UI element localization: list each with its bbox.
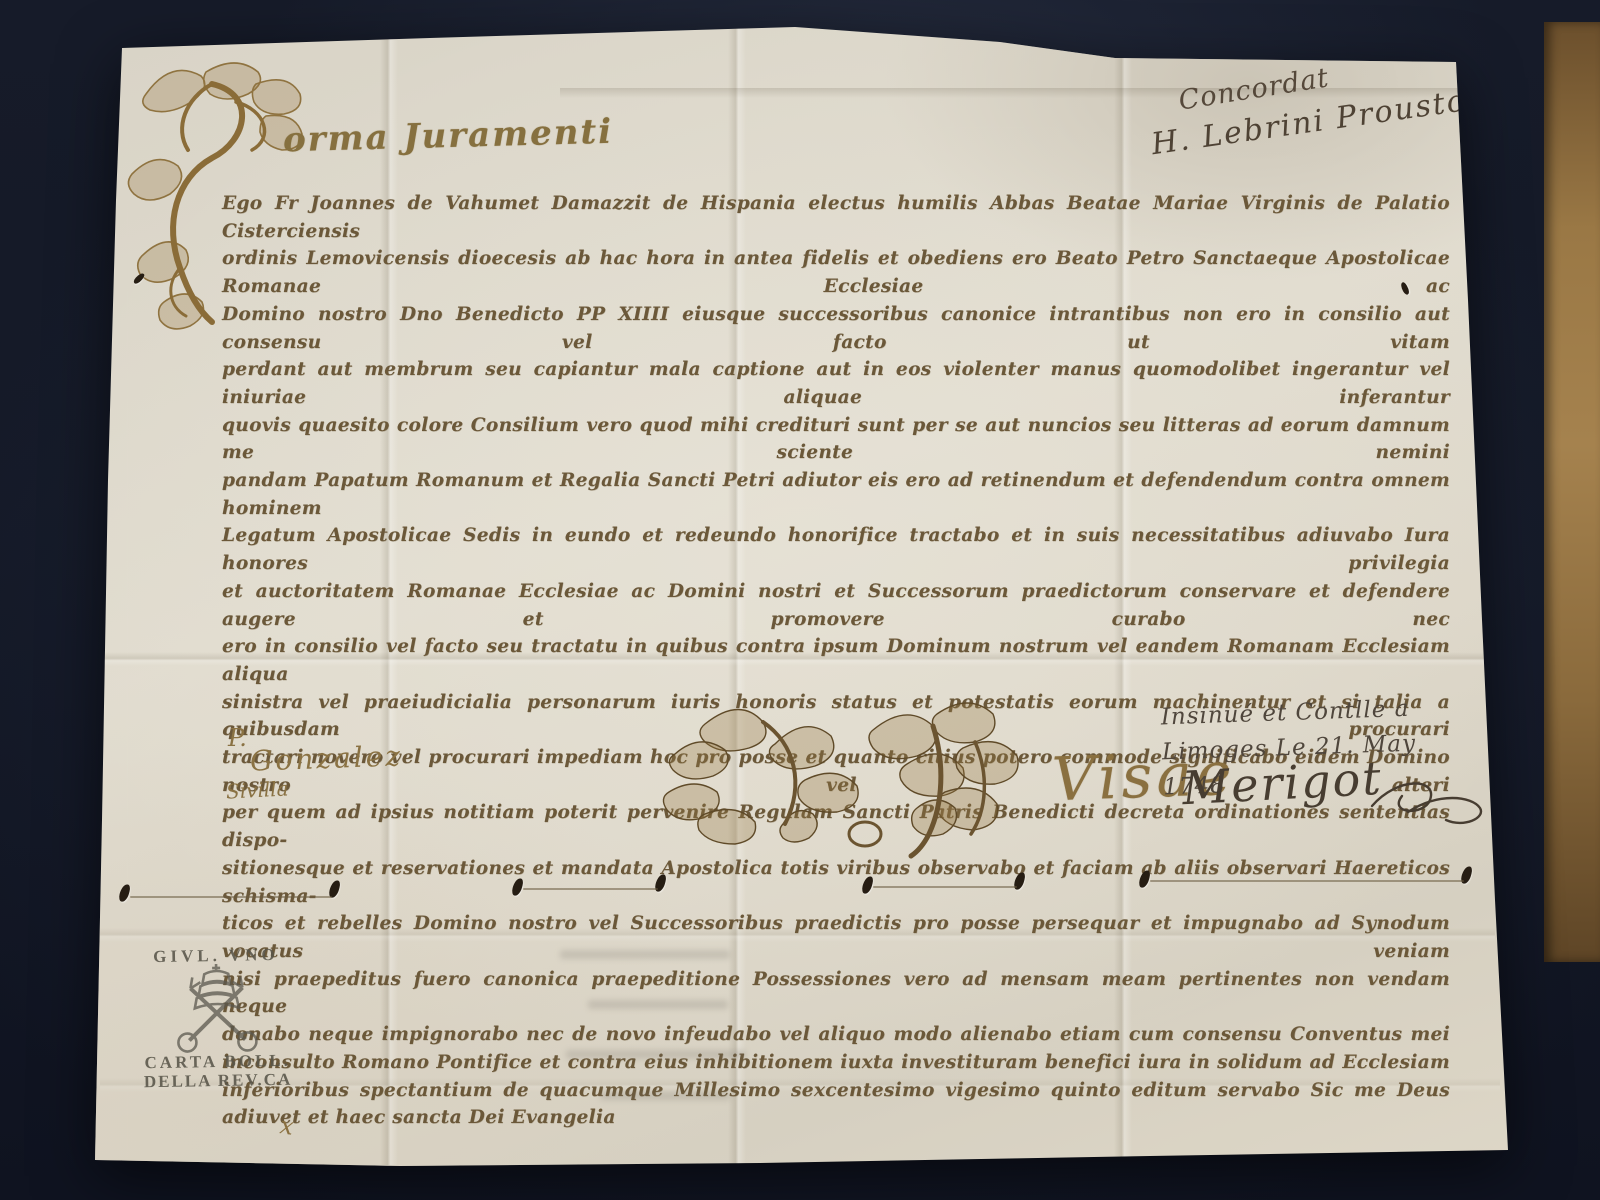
left-signature-name: Gonzalez: [249, 739, 403, 777]
body-text-line: pandam Papatum Romanum et Regalia Sancti…: [222, 467, 1450, 522]
seal-lace: [1150, 880, 1464, 882]
parchment-wrapper: orma Juramenti Concordat H. Lebrini Prou…: [0, 0, 1600, 1200]
body-text-line: et auctoritatem Romanae Ecclesiae ac Dom…: [222, 578, 1450, 633]
body-text-line: ordinis Lemovicensis dioecesis ab hac ho…: [222, 245, 1450, 300]
body-text-line: nisi praepeditus fuero canonica praepedi…: [222, 966, 1450, 1021]
body-text-line: Legatum Apostolicae Sedis in eundo et re…: [222, 522, 1450, 577]
heading-rest: orma Juramenti: [283, 112, 614, 161]
seal-slit: [118, 883, 131, 903]
signature-paraph-flourish: [1368, 768, 1488, 838]
body-text: Ego Fr Joannes de Vahumet Damazzit de Hi…: [222, 190, 1450, 1132]
parchment-document: orma Juramenti Concordat H. Lebrini Prou…: [0, 0, 1600, 1200]
ink-showthrough: [560, 950, 730, 959]
body-text-line: Ego Fr Joannes de Vahumet Damazzit de Hi…: [222, 190, 1450, 245]
pen-mark: x: [278, 1111, 295, 1141]
left-signature-initial: P.: [228, 724, 247, 752]
papal-tiara-crossed-keys-icon: [156, 961, 278, 1055]
body-text-line: inconsulto Romano Pontifice et contra ei…: [222, 1049, 1450, 1077]
ink-showthrough: [600, 1092, 730, 1100]
body-text-line: donabo neque impignorabo nec de novo inf…: [222, 1021, 1450, 1049]
papal-revenue-stamp: GIVL. VNO CARTA BOLL. DELLA: [127, 944, 308, 1092]
seal-lace: [523, 888, 658, 890]
body-text-line: ticos et rebelles Domino nostro vel Succ…: [222, 910, 1450, 965]
seal-lace: [873, 886, 1017, 888]
left-signature-place: Sivilla: [225, 776, 289, 803]
body-text-line: inferioribus spectantium de quacumque Mi…: [222, 1077, 1450, 1105]
acanthus-flourish: [645, 684, 1065, 869]
seal-lace: [130, 896, 332, 898]
photo-of-manuscript: orma Juramenti Concordat H. Lebrini Prou…: [0, 0, 1600, 1200]
body-text-line: quovis quaesito colore Consilium vero qu…: [222, 412, 1450, 467]
ink-showthrough: [566, 1050, 746, 1059]
body-text-line: perdant aut membrum seu capiantur mala c…: [222, 356, 1450, 411]
body-text-line: Domino nostro Dno Benedicto PP XIIII eiu…: [222, 301, 1450, 356]
ink-showthrough: [588, 1000, 728, 1009]
body-text-line: adiuvet et haec sancta Dei Evangelia: [222, 1104, 1450, 1132]
stamp-bottom-text-2: DELLA REV.CA: [129, 1069, 307, 1092]
document-heading: orma Juramenti: [283, 112, 614, 161]
body-text-line: ero in consilio vel facto seu tractatu i…: [222, 633, 1450, 688]
notary-signature: Merigot: [1181, 751, 1384, 815]
